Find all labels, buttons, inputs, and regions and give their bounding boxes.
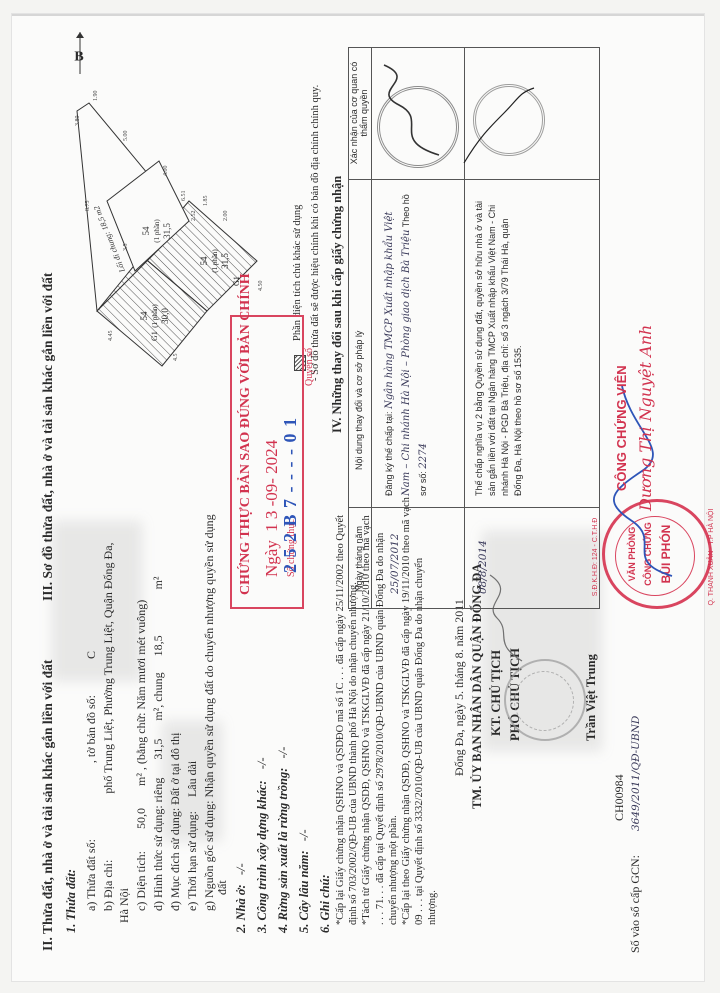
land-dd-value: Đất ở tại đô thị: [168, 732, 182, 804]
registry-code: CH00984: [612, 774, 627, 821]
section-ii-title: II. Thửa đất, nhà ở và tài sản khác gắn …: [40, 660, 56, 951]
house-label: 2. Nhà ở:: [234, 884, 248, 933]
col-divider: [349, 179, 599, 180]
cert-number-value: 2 5 2 B 7 - - - - 0 1: [280, 417, 301, 573]
row2-content: Thế chấp nghĩa vụ 2 bằng Quyền sử dụng đ…: [473, 196, 525, 496]
land-b-value2: Hà Nội: [117, 888, 132, 923]
col-divider: [349, 507, 599, 508]
perennial-label: 5. Cây lâu năm:: [297, 850, 311, 933]
svg-text:2.52: 2.52: [191, 211, 197, 222]
note-line: *Cấp lại Giấy chứng nhận QSHNO và QSDĐO …: [334, 497, 347, 925]
land-a-row: a) Thửa đất số: , tờ bản đồ số: C: [84, 651, 99, 911]
land-g-value2: đất: [215, 880, 230, 895]
svg-text:54: 54: [199, 256, 209, 266]
land-g-row: g) Nguồn gốc sử dụng: Nhận quyền sử dụng…: [202, 514, 217, 911]
land-e-label: e) Thời hạn sử dụng:: [185, 811, 199, 911]
land-d-shared: 18,5: [151, 635, 165, 656]
forest-value: -/-: [276, 747, 290, 759]
svg-text:54: 54: [141, 226, 151, 236]
land-d-label: d) Hình thức sử dụng: riêng: [151, 778, 165, 911]
svg-text:1.90: 1.90: [93, 91, 99, 102]
registration-signature: [379, 60, 449, 160]
land-dd-label: đ) Mục đích sử dụng:: [168, 808, 182, 911]
col-date-header: Ngày tháng năm: [354, 526, 364, 592]
land-d-shared-label: m², chung: [151, 672, 165, 720]
land-g-label: g) Nguồn gốc sử dụng:: [202, 801, 216, 912]
house-value: -/-: [234, 863, 248, 875]
svg-text:31,5: 31,5: [162, 223, 172, 239]
svg-text:6.51: 6.51: [181, 191, 187, 202]
house-row: 2. Nhà ở: -/-: [234, 863, 249, 933]
svg-text:5.00: 5.00: [123, 131, 129, 142]
svg-text:1.85: 1.85: [203, 196, 209, 207]
svg-text:4.45: 4.45: [108, 331, 114, 342]
svg-text:(1 phần): (1 phần): [153, 219, 161, 243]
svg-text:8.75: 8.75: [85, 201, 91, 212]
row1-prefix: Đăng ký thế chấp tại:: [384, 411, 394, 496]
land-a-map-value: C: [84, 651, 98, 659]
legend-note: - Sơ đồ thửa đất sẽ được hiệu chỉnh khi …: [310, 85, 321, 381]
changes-table: Ngày tháng năm Nội dung thay đổi và cơ s…: [348, 47, 600, 609]
land-c-unit: m²: [134, 773, 148, 786]
land-g-value: Nhận quyền sử dụng đất do chuyển nhượng …: [202, 514, 216, 797]
land-a-map-label: , tờ bản đồ số:: [84, 695, 98, 763]
ubnd-seal-inner: [514, 671, 574, 731]
col-content-header: Nội dung thay đổi và cơ sở pháp lý: [354, 331, 364, 470]
land-dd-row: đ) Mục đích sử dụng: Đất ở tại đô thị: [168, 732, 183, 911]
notary-ring-bottom: Q. THANH XUÂN - T.P HÀ NỘI: [708, 505, 715, 609]
construction-label: 3. Công trình xây dựng khác:: [255, 780, 269, 933]
land-a-label: a) Thửa đất số:: [84, 839, 98, 911]
cert-date-label: Ngày: [262, 540, 281, 577]
notary-role: CÔNG CHỨNG VIÊN: [614, 365, 629, 491]
row1-content: Đăng ký thế chấp tại: Ngân hàng TMCP Xuấ…: [381, 186, 432, 496]
cert-title: CHỨNG THỰC BẢN SAO ĐÚNG VỚI BẢN CHÍNH: [238, 273, 254, 595]
cert-book-label: Quyển số: [304, 348, 315, 386]
land-b-row: b) Địa chỉ: phố Trung Liệt, Phường Trung…: [101, 542, 116, 911]
viewer-frame: II. Thửa đất, nhà ở và tài sản khác gắn …: [0, 0, 720, 993]
row1-suffix-hand: 2274: [418, 443, 429, 468]
land-c-row: c) Diện tích: 50,0 m² , (bằng chữ: Năm m…: [134, 600, 149, 911]
construction-row: 3. Công trình xây dựng khác: -/-: [255, 757, 270, 933]
document-page: II. Thửa đất, nhà ở và tài sản khác gắn …: [0, 0, 720, 993]
notary-ring-top: S.Đ.K.H.Đ: 124 - C.T.H.Đ: [592, 505, 599, 609]
cert-date-value: 1 3 -09- 2024: [262, 440, 281, 532]
forest-label: 4. Rừng sản xuất là rừng trồng:: [276, 768, 290, 933]
svg-text:(1 phần): (1 phần): [211, 249, 219, 273]
land-b-label: b) Địa chỉ:: [101, 860, 115, 911]
svg-text:31,5: 31,5: [220, 253, 230, 269]
land-c-value: 50,0: [134, 808, 148, 829]
signer-name: Trần Việt Trung: [584, 654, 599, 741]
table-header: Ngày tháng năm Nội dung thay đổi và cơ s…: [349, 48, 372, 608]
svg-text:4.5: 4.5: [173, 354, 179, 362]
ubnd-seal: [504, 659, 586, 741]
land-d-private: 31,5: [151, 739, 165, 760]
notary-name: Dương Thị Nguyệt Anh: [636, 325, 655, 511]
sign-date: Đống Đa, ngày 5. tháng 8. năm 2011: [452, 599, 467, 776]
row2-date: 08/8/2014: [477, 540, 489, 594]
svg-text:4.50: 4.50: [258, 281, 264, 292]
perennial-row: 5. Cây lâu năm: -/-: [297, 829, 312, 933]
land-d-row: d) Hình thức sử dụng: riêng 31,5 m², chu…: [151, 576, 166, 911]
row1-date: 25/07/2012: [389, 533, 401, 594]
svg-text:2.00: 2.00: [223, 211, 229, 222]
svg-text:4.00: 4.00: [163, 166, 169, 177]
notes-heading: 6. Ghi chú:: [318, 874, 333, 933]
cert-date-row: Ngày 1 3 -09- 2024: [262, 440, 282, 577]
land-d-unit: m²: [151, 576, 165, 589]
land-b-value: phố Trung Liệt, Phường Trung Liệt, Quận …: [101, 542, 115, 793]
col-confirm-header: Xác nhận của cơ quan có thẩm quyền: [349, 58, 369, 168]
land-e-row: e) Thời hạn sử dụng: Lâu dài: [185, 761, 200, 911]
certificate-sheet: II. Thửa đất, nhà ở và tài sản khác gắn …: [12, 14, 704, 981]
section-iv-title: IV. Những thay đổi sau khi cấp giấy chứn…: [330, 176, 345, 433]
north-label: B: [74, 49, 83, 65]
forest-row: 4. Rừng sản xuất là rừng trồng: -/-: [276, 747, 291, 933]
land-e-value: Lâu dài: [185, 761, 199, 797]
svg-text:30,0: 30,0: [160, 308, 170, 324]
registry-handwritten: 3649/2011/QĐ-UBND: [630, 716, 642, 831]
construction-value: -/-: [255, 757, 269, 769]
svg-text:3.5: 3.5: [123, 244, 129, 252]
land-c-label: c) Diện tích:: [134, 851, 148, 911]
svg-text:3.80: 3.80: [75, 116, 81, 127]
svg-text:(1 phần): (1 phần): [151, 304, 159, 328]
registry-label: Số vào sổ cấp GCN:: [628, 855, 643, 953]
land-c-words: , (bằng chữ: Năm mươi mét vuông): [134, 600, 148, 770]
section-iii-title: III. Sơ đồ thửa đất, nhà ở và tài sản kh…: [40, 273, 56, 601]
north-arrow: B: [70, 30, 95, 76]
bank-signature: [459, 58, 539, 168]
svg-text:54: 54: [139, 311, 149, 321]
land-heading: 1. Thửa đất:: [64, 869, 79, 933]
perennial-value: -/-: [297, 829, 311, 841]
svg-text:G1: G1: [150, 331, 159, 341]
